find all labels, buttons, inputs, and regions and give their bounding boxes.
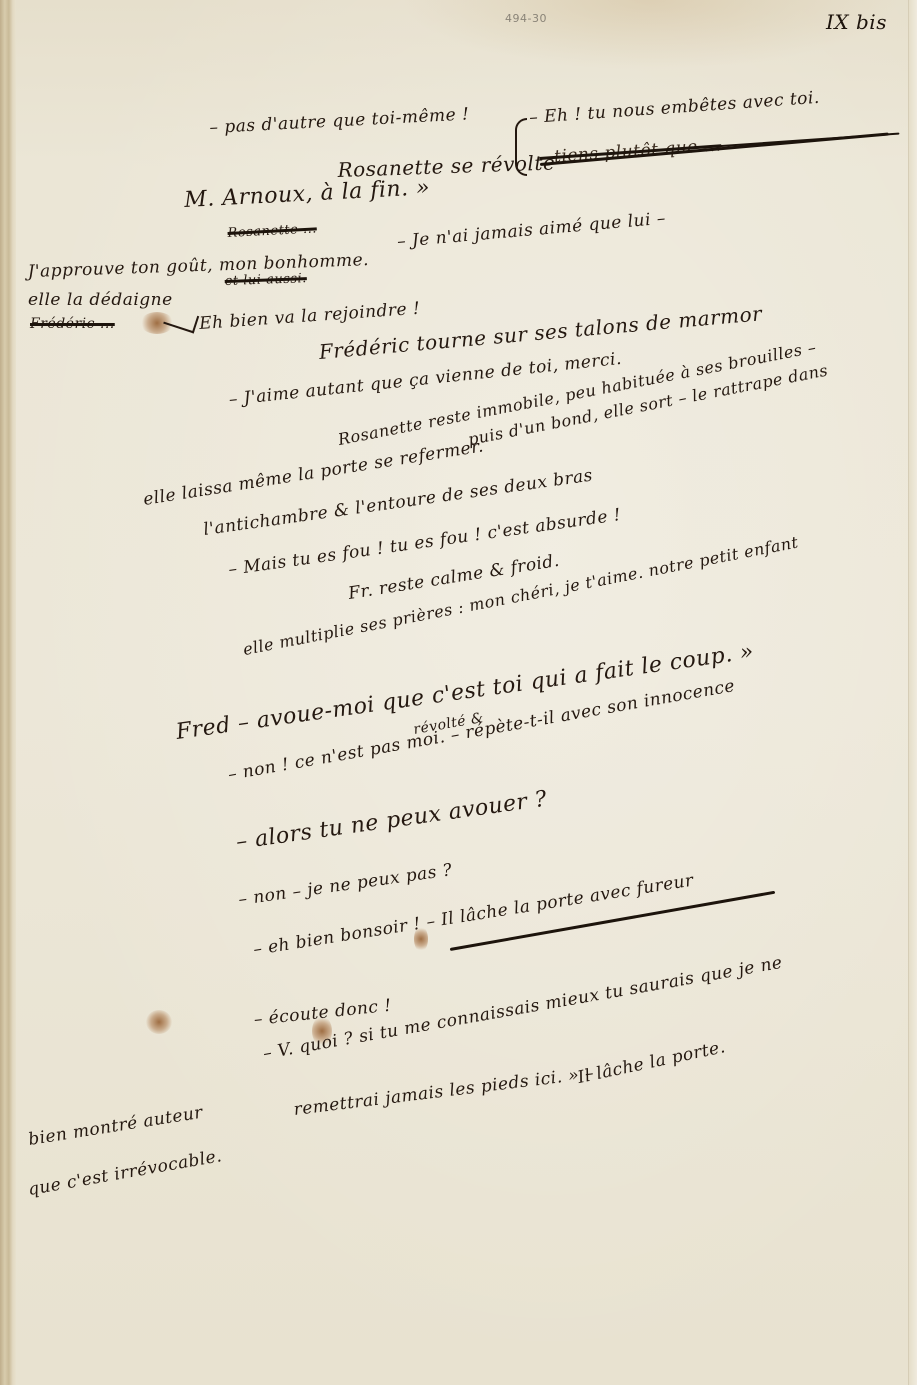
manuscript-line: – non – je ne peux pas ? xyxy=(237,860,453,910)
manuscript-line: remettrai jamais les pieds ici. » – xyxy=(293,1063,596,1120)
ink-blot xyxy=(146,1010,172,1034)
brace-mark xyxy=(515,118,527,176)
manuscript-page: 494-30 IX bis – pas d'autre que toi-même… xyxy=(0,0,917,1385)
margin-note: J'approuve ton goût, mon bonhomme. xyxy=(27,250,369,282)
struck-line: Rosanette ... xyxy=(227,221,317,241)
ink-blot xyxy=(414,926,428,952)
manuscript-line: Eh bien va la rejoindre ! xyxy=(199,299,421,334)
manuscript-line: – Eh ! tu nous embêtes avec toi. xyxy=(529,88,821,128)
manuscript-line: – Je n'ai jamais aimé que lui – xyxy=(396,209,666,252)
struck-line: Frédéric ... xyxy=(30,316,115,332)
manuscript-line: – alors tu ne peux avouer ? xyxy=(235,787,549,855)
archive-number: 494-30 xyxy=(505,12,547,25)
margin-note: que c'est irrévocable. xyxy=(27,1146,224,1200)
folio-number: IX bis xyxy=(826,10,887,34)
book-gutter xyxy=(0,0,16,1385)
margin-note: bien montré auteur xyxy=(27,1103,204,1150)
manuscript-line: Il lâche la porte. xyxy=(576,1037,727,1088)
struck-line: et lui aussi. xyxy=(224,271,307,289)
manuscript-line: – pas d'autre que toi-même ! xyxy=(209,104,470,138)
manuscript-line: M. Arnoux, à la fin. » xyxy=(184,175,431,213)
paper-stain xyxy=(400,0,900,70)
margin-note: elle la dédaigne xyxy=(28,290,173,310)
page-edge xyxy=(908,0,917,1385)
